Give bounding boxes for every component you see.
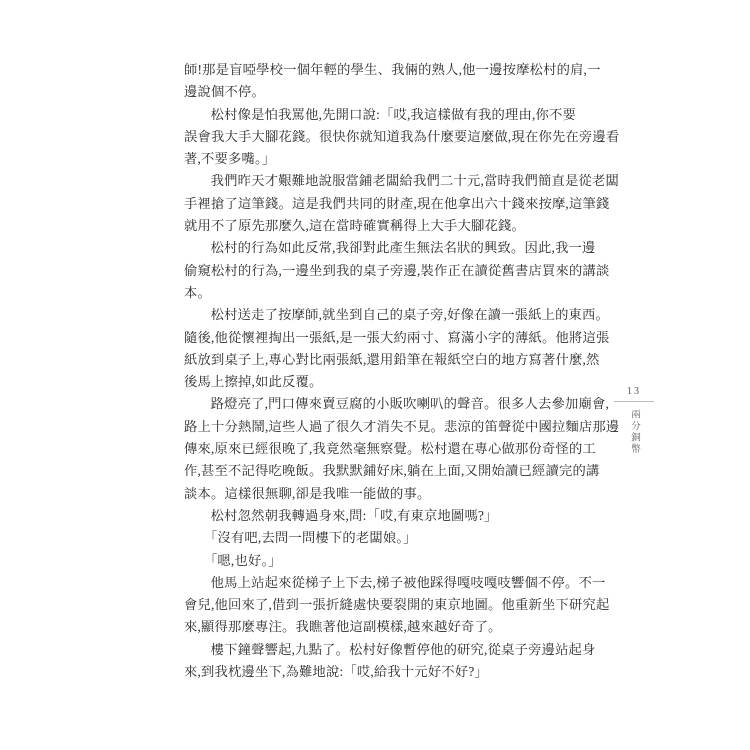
page-margin-block: 13 兩分銅幣 <box>612 386 656 460</box>
margin-rule-divider <box>614 401 654 402</box>
text-line: 松村像是怕我罵他,先開口說:「哎,我這樣做有我的理由,你不要 <box>184 104 624 126</box>
text-line: 松村忽然朝我轉過身來,問:「哎,有東京地圖嗎?」 <box>184 505 624 527</box>
text-line: 他馬上站起來從梯子上下去,梯子被他踩得嘎吱嘎吱響個不停。不一 <box>184 572 624 594</box>
text-line: 「嗯,也好。」 <box>184 550 624 572</box>
text-line: 會兒,他回來了,借到一張折縫處快要裂開的東京地圖。他重新坐下研究起 <box>184 594 624 616</box>
text-line: 松村的行為如此反常,我卻對此產生無法名狀的興致。因此,我一邊 <box>184 237 624 259</box>
text-line: 樓下鐘聲響起,九點了。松村好像暫停他的研究,從桌子旁邊站起身 <box>184 639 624 661</box>
running-title-vertical: 兩分銅幣 <box>628 409 640 455</box>
text-line: 紙放到桌子上,專心對比兩張紙,還用鉛筆在報紙空白的地方寫著什麼,然 <box>184 349 624 371</box>
text-line: 作,甚至不記得吃晚飯。我默默鋪好床,躺在上面,又開始讀已經讀完的講 <box>184 460 624 482</box>
text-line: 來,到我枕邊坐下,為難地說:「哎,給我十元好不好?」 <box>184 661 624 683</box>
text-line: 著,不要多嘴。」 <box>184 148 624 170</box>
text-line: 誤會我大手大腳花錢。很快你就知道我為什麼要這麼做,現在你先在旁邊看 <box>184 126 624 148</box>
text-line: 「沒有吧,去問一問樓下的老闆娘。」 <box>184 527 624 549</box>
text-line: 來,顯得那麼專注。我瞧著他這副模樣,越來越好奇了。 <box>184 616 624 638</box>
text-line: 邊說個不停。 <box>184 81 624 103</box>
text-line: 我們昨天才艱難地說服當鋪老闆給我們二十元,當時我們簡直是從老闆 <box>184 170 624 192</box>
text-line: 本。 <box>184 282 624 304</box>
text-line: 手裡搶了這筆錢。這是我們共同的財產,現在他拿出六十錢來按摩,這筆錢 <box>184 193 624 215</box>
text-line: 傳來,原來已經很晚了,我竟然毫無察覺。松村還在專心做那份奇怪的工 <box>184 438 624 460</box>
book-page: 師!那是盲啞學校一個年輕的學生、我倆的熟人,他一邊按摩松村的肩,一邊說個不停。松… <box>0 0 750 750</box>
text-line: 路燈亮了,門口傳來賣豆腐的小販吹喇叭的聲音。很多人去參加廟會, <box>184 393 624 415</box>
text-line: 就用不了原先那麼久,這在當時確實稱得上大手大腳花錢。 <box>184 215 624 237</box>
body-text: 師!那是盲啞學校一個年輕的學生、我倆的熟人,他一邊按摩松村的肩,一邊說個不停。松… <box>184 59 624 683</box>
text-line: 隨後,他從懷裡掏出一張紙,是一張大約兩寸、寫滿小字的薄紙。他將這張 <box>184 327 624 349</box>
text-line: 偷窺松村的行為,一邊坐到我的桌子旁邊,裝作正在讀從舊書店買來的講談 <box>184 260 624 282</box>
page-number: 13 <box>612 386 656 397</box>
text-line: 路上十分熱鬧,這些人過了很久才消失不見。悲涼的笛聲從中國拉麵店那邊 <box>184 416 624 438</box>
text-line: 松村送走了按摩師,就坐到自己的桌子旁,好像在讀一張紙上的東西。 <box>184 304 624 326</box>
text-line: 師!那是盲啞學校一個年輕的學生、我倆的熟人,他一邊按摩松村的肩,一 <box>184 59 624 81</box>
text-line: 談本。這樣很無聊,卻是我唯一能做的事。 <box>184 483 624 505</box>
text-line: 後馬上擦掉,如此反覆。 <box>184 371 624 393</box>
